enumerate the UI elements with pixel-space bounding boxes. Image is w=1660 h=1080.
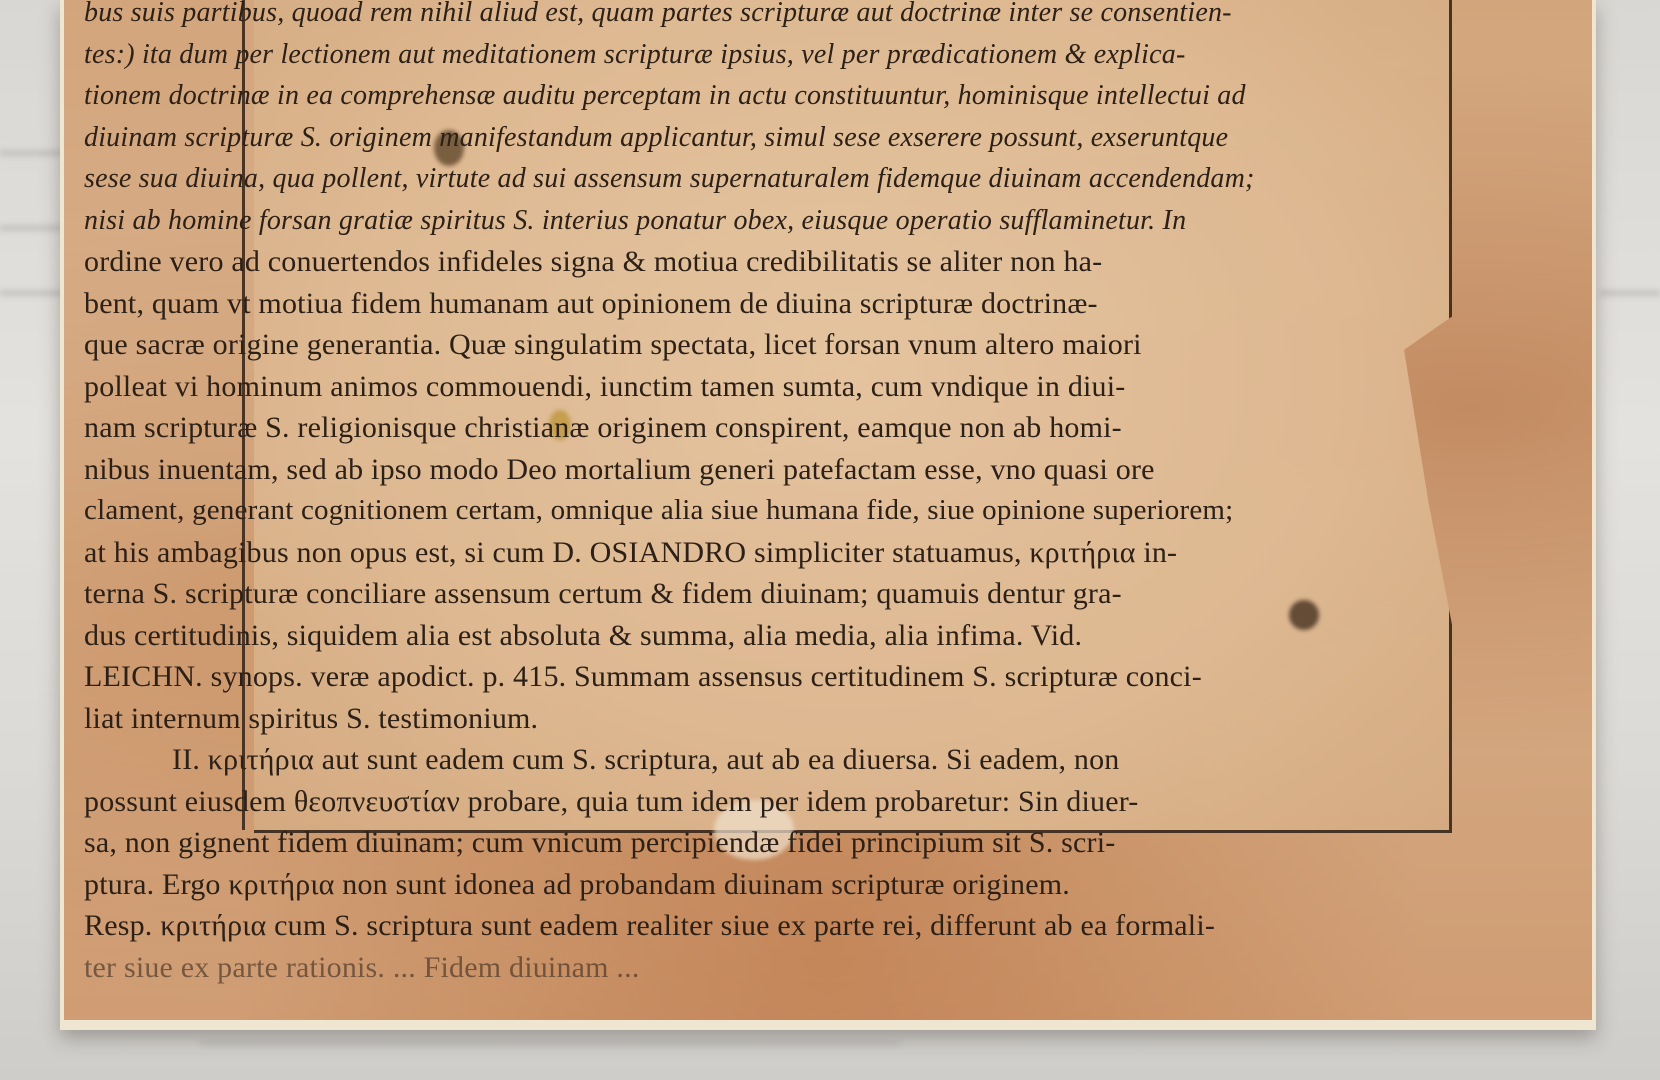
- text-line: terna S. scripturæ conciliare assensum c…: [84, 573, 1524, 615]
- text-line: ter siue ex parte rationis. ... Fidem di…: [84, 947, 1524, 989]
- text-line: liat internum spiritus S. testimonium.: [84, 698, 1524, 740]
- text-line: tionem doctrinæ in ea comprehensæ auditu…: [84, 75, 1524, 117]
- text-line: clament, generant cognitionem certam, om…: [84, 490, 1524, 532]
- text-line: que sacræ origine generantia. Quæ singul…: [84, 324, 1524, 366]
- marble-vein: [1600, 290, 1660, 296]
- antique-book-page: bus suis partibus, quoad rem nihil aliud…: [64, 0, 1592, 1020]
- text-line: nibus inuentam, sed ab ipso modo Deo mor…: [84, 449, 1524, 491]
- text-line: bus suis partibus, quoad rem nihil aliud…: [84, 0, 1524, 34]
- text-line: ordine vero ad conuertendos infideles si…: [84, 241, 1524, 283]
- text-line: possunt eiusdem θεοπνευστίαν probare, qu…: [84, 781, 1524, 823]
- text-line: tes:) ita dum per lectionem aut meditati…: [84, 34, 1524, 76]
- text-line: LEICHN. synops. veræ apodict. p. 415. Su…: [84, 656, 1524, 698]
- text-line: ptura. Ergo κριτήρια non sunt idonea ad …: [84, 864, 1524, 906]
- text-line: dus certitudinis, siquidem alia est abso…: [84, 615, 1524, 657]
- text-line: Resp. κριτήρια cum S. scriptura sunt ead…: [84, 905, 1524, 947]
- text-line: polleat vi hominum animos commouendi, iu…: [84, 366, 1524, 408]
- marble-shadow: [200, 1040, 900, 1046]
- text-line: sese sua diuina, qua pollent, virtute ad…: [84, 158, 1524, 200]
- text-line: II. κριτήρια aut sunt eadem cum S. scrip…: [84, 739, 1524, 781]
- text-line: bent, quam vt motiua fidem humanam aut o…: [84, 283, 1524, 325]
- text-line: nam scripturæ S. religionisque christian…: [84, 407, 1524, 449]
- text-line: at his ambagibus non opus est, si cum D.…: [84, 532, 1524, 574]
- text-line: diuinam scripturæ S. originem manifestan…: [84, 117, 1524, 159]
- text-line: sa, non gignent fidem diuinam; cum vnicu…: [84, 822, 1524, 864]
- page-text: bus suis partibus, quoad rem nihil aliud…: [84, 0, 1524, 988]
- text-line: nisi ab homine forsan gratiæ spiritus S.…: [84, 200, 1524, 242]
